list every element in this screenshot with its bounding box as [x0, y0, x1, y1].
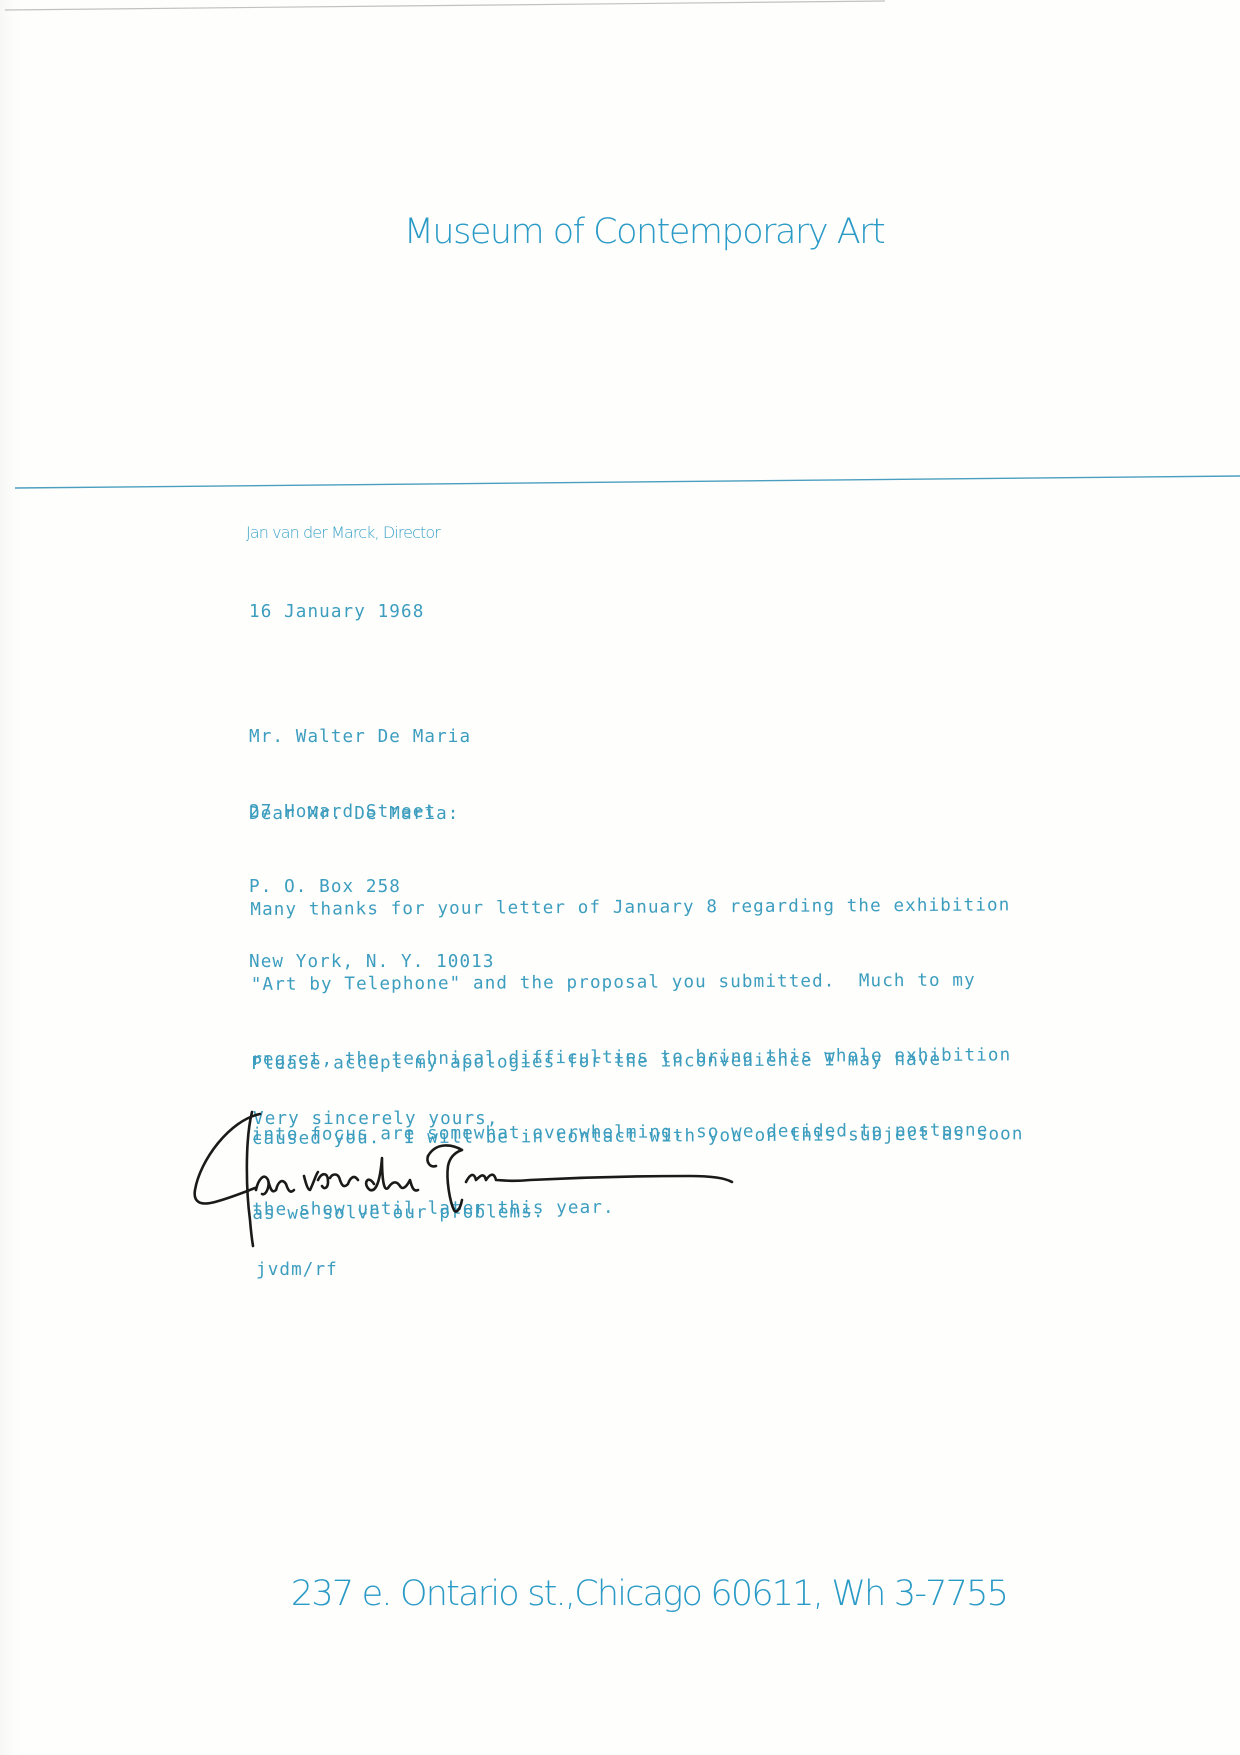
letter-date: 16 January 1968: [249, 600, 424, 625]
letterhead-organization-name: Museum of Contemporary Art: [0, 212, 1240, 252]
salutation: Dear Mr. De Maria:: [249, 802, 459, 827]
paper-top-edge: [5, 0, 905, 12]
address-line: Mr. Walter De Maria: [249, 725, 495, 750]
paragraph-line: "Art by Telephone" and the proposal you …: [251, 968, 1011, 998]
letterhead-footer-address: 237 e. Ontario st.,Chicago 60611, Wh 3-7…: [0, 1574, 1240, 1614]
letter-page: Museum of Contemporary Art Jan van der M…: [0, 0, 1240, 1755]
reference-initials: jvdm/rf: [256, 1258, 338, 1283]
paragraph-line: Many thanks for your letter of January 8…: [250, 893, 1010, 923]
paragraph-line: Please accept my apologies for the incon…: [251, 1047, 1023, 1077]
sender-title: Jan van der Marck, Director: [246, 523, 440, 542]
handwritten-signature: [190, 1110, 750, 1250]
letterhead-divider: [0, 470, 1240, 490]
